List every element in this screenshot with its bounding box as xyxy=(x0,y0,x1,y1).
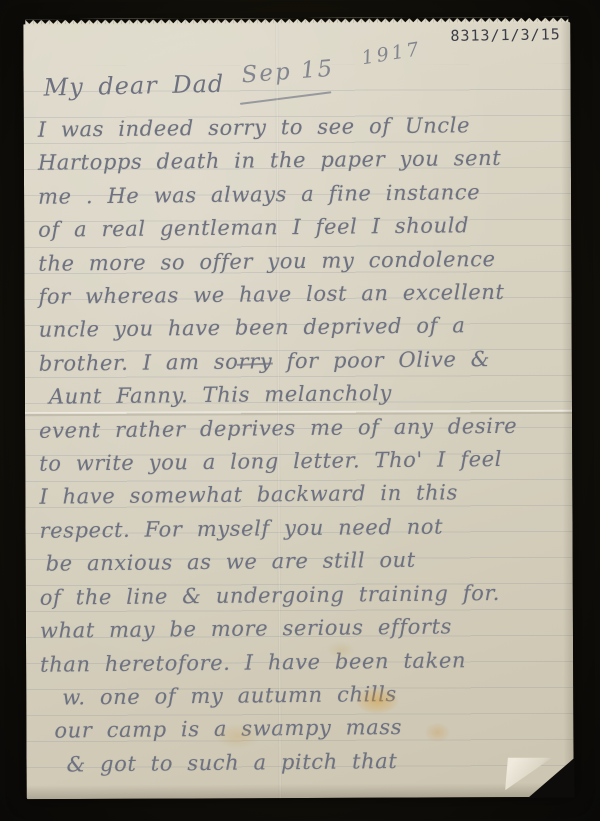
date-underline-stroke xyxy=(240,91,332,105)
letter-paper: 8313/1/3/15 My dear Dad Sep 15 1917 I wa… xyxy=(23,22,573,799)
letter-date: Sep 15 xyxy=(241,56,335,89)
letter-line: Aunt Fanny. This melancholy xyxy=(39,375,566,414)
letter-line: the more so offer you my condolence xyxy=(38,242,565,281)
letter-year: 1917 xyxy=(360,38,423,69)
salutation: My dear Dad xyxy=(43,70,224,102)
letter-line: than heretofore. I have been taken xyxy=(40,643,567,682)
letter-line: event rather deprives me of any desire xyxy=(39,409,566,448)
paper-edge-shadow xyxy=(27,783,574,799)
letter-line: I have somewhat backward in this xyxy=(39,476,566,515)
letter-line: be anxious as we are still out xyxy=(40,543,567,582)
archive-reference: 8313/1/3/15 xyxy=(450,25,561,45)
letter-line: what may be more serious efforts xyxy=(40,609,567,648)
letter-line: our camp is a swampy mass xyxy=(40,710,567,749)
letter-line: of a real gentleman I feel I should xyxy=(38,208,565,247)
letter-line: of the line & undergoing training for. xyxy=(40,576,567,615)
letter-body: I was indeed sorry to see of Uncle Harto… xyxy=(38,110,568,780)
torn-edge xyxy=(25,17,568,25)
letter-line: & got to such a pitch that xyxy=(40,743,567,782)
letter-line: uncle you have been deprived of a xyxy=(38,309,565,348)
letter-line: Hartopps death in the paper you sent xyxy=(38,142,565,181)
